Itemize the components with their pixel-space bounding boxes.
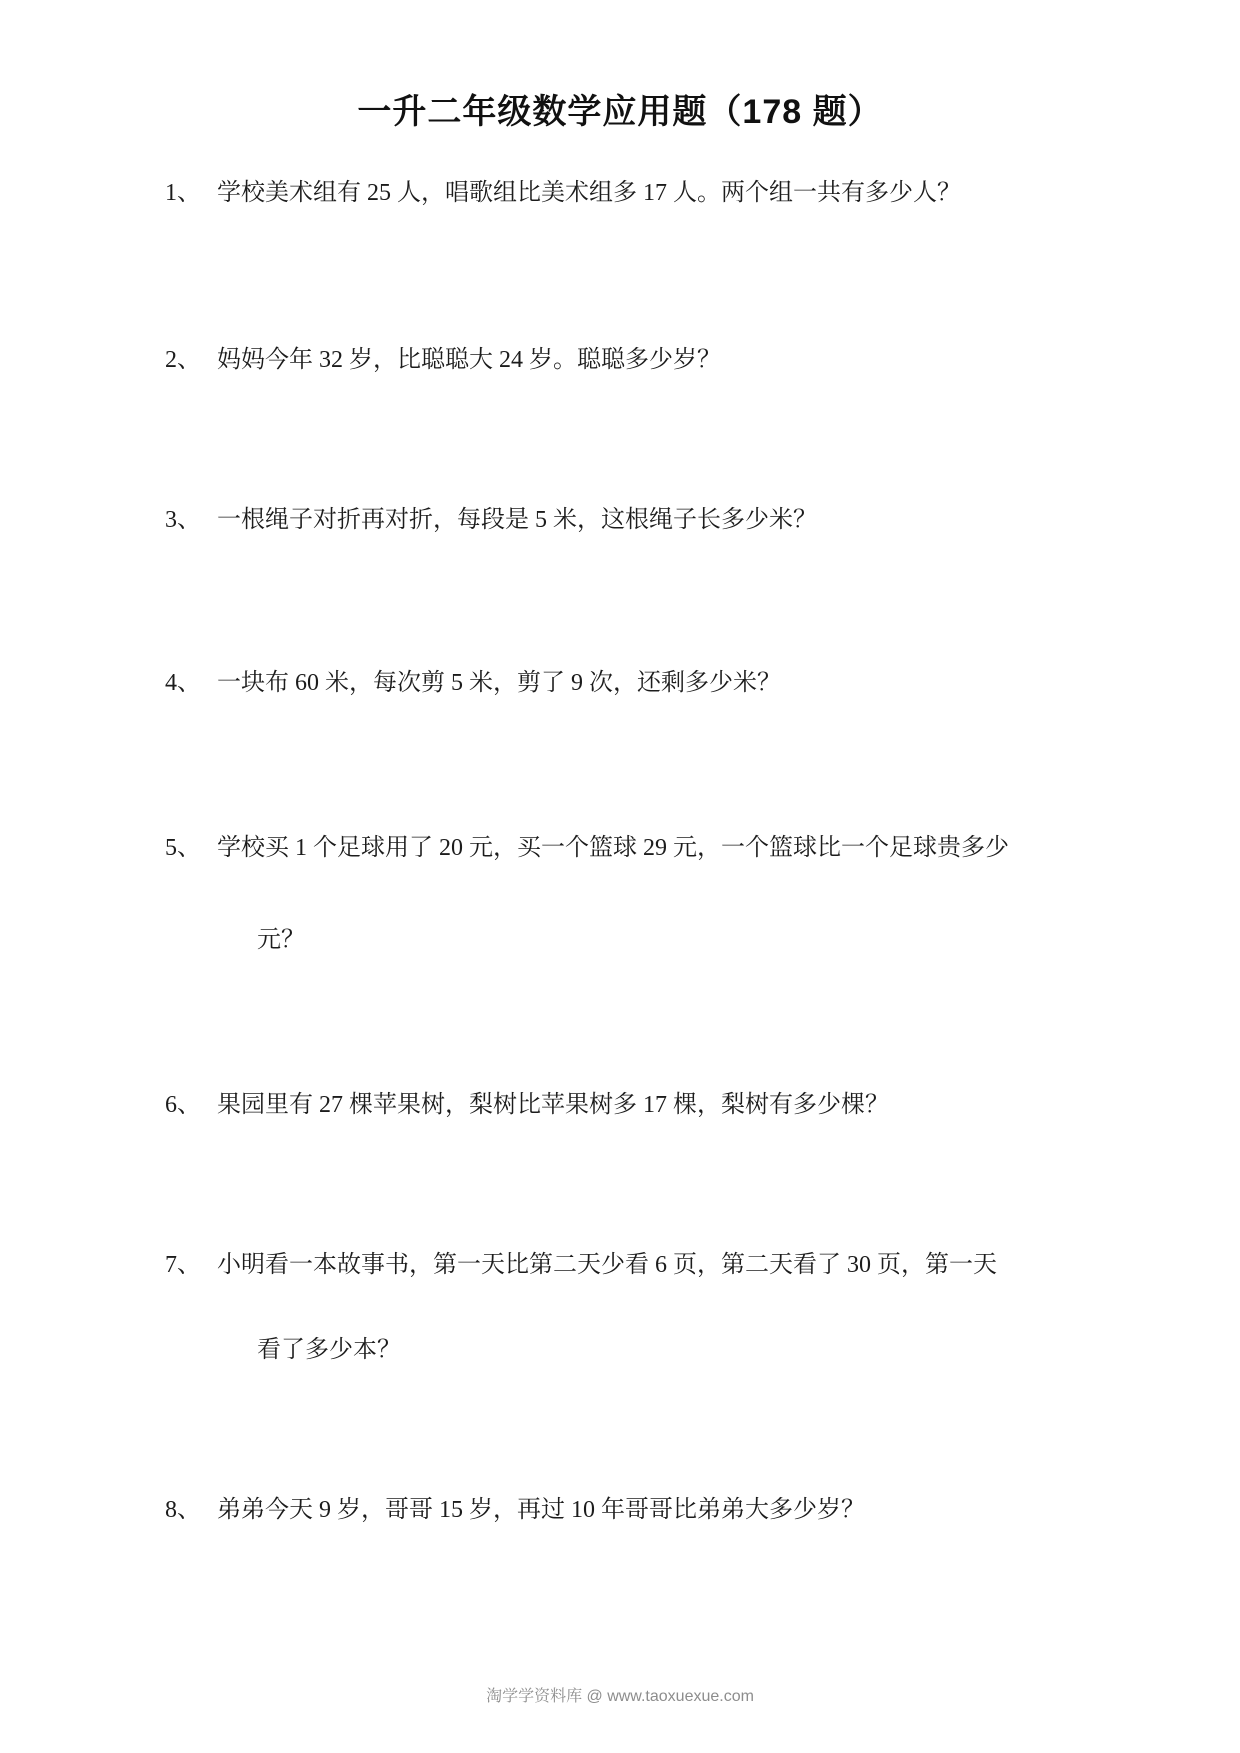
question-4-text: 一块布 60 米，每次剪 5 米，剪了 9 次，还剩多少米？: [217, 670, 781, 696]
question-8-number: 8、: [165, 1495, 217, 1526]
question-7-text-line2: 看了多少本？: [257, 1335, 1077, 1366]
question-5-number: 5、: [165, 833, 217, 864]
question-3-text: 一根绳子对折再对折，每段是 5 米，这根绳子长多少米？: [217, 507, 817, 533]
question-3: 3、一根绳子对折再对折，每段是 5 米，这根绳子长多少米？: [165, 505, 1085, 536]
question-2-number: 2、: [165, 345, 217, 376]
question-2-text: 妈妈今年 32 岁，比聪聪大 24 岁。聪聪多少岁？: [217, 347, 721, 373]
question-1: 1、学校美术组有 25 人，唱歌组比美术组多 17 人。两个组一共有多少人？: [165, 178, 1085, 209]
question-8-text: 弟弟今天 9 岁，哥哥 15 岁，再过 10 年哥哥比弟弟大多少岁？: [217, 1497, 865, 1523]
question-4-number: 4、: [165, 668, 217, 699]
question-6: 6、果园里有 27 棵苹果树，梨树比苹果树多 17 棵，梨树有多少棵？: [165, 1090, 1085, 1121]
question-2: 2、妈妈今年 32 岁，比聪聪大 24 岁。聪聪多少岁？: [165, 345, 1085, 376]
worksheet-page: 一升二年级数学应用题（178 题） 1、学校美术组有 25 人，唱歌组比美术组多…: [0, 0, 1240, 1753]
question-5-text-line2: 元？: [257, 925, 1077, 956]
question-6-text: 果园里有 27 棵苹果树，梨树比苹果树多 17 棵，梨树有多少棵？: [217, 1092, 889, 1118]
question-6-number: 6、: [165, 1090, 217, 1121]
question-8: 8、弟弟今天 9 岁，哥哥 15 岁，再过 10 年哥哥比弟弟大多少岁？: [165, 1495, 1085, 1526]
question-7: 7、小明看一本故事书，第一天比第二天少看 6 页，第二天看了 30 页，第一天: [165, 1250, 1085, 1281]
question-7-number: 7、: [165, 1250, 217, 1281]
footer-watermark: 淘学学资料库 @ www.taoxuexue.com: [0, 1683, 1240, 1706]
question-5: 5、学校买 1 个足球用了 20 元，买一个篮球 29 元，一个篮球比一个足球贵…: [165, 833, 1085, 864]
question-5-text-line1: 学校买 1 个足球用了 20 元，买一个篮球 29 元，一个篮球比一个足球贵多少: [217, 835, 1009, 861]
question-7-text-line1: 小明看一本故事书，第一天比第二天少看 6 页，第二天看了 30 页，第一天: [217, 1252, 997, 1278]
question-1-text: 学校美术组有 25 人，唱歌组比美术组多 17 人。两个组一共有多少人？: [217, 180, 961, 206]
question-3-number: 3、: [165, 505, 217, 536]
question-4: 4、一块布 60 米，每次剪 5 米，剪了 9 次，还剩多少米？: [165, 668, 1085, 699]
page-title: 一升二年级数学应用题（178 题）: [0, 84, 1240, 133]
question-1-number: 1、: [165, 178, 217, 209]
